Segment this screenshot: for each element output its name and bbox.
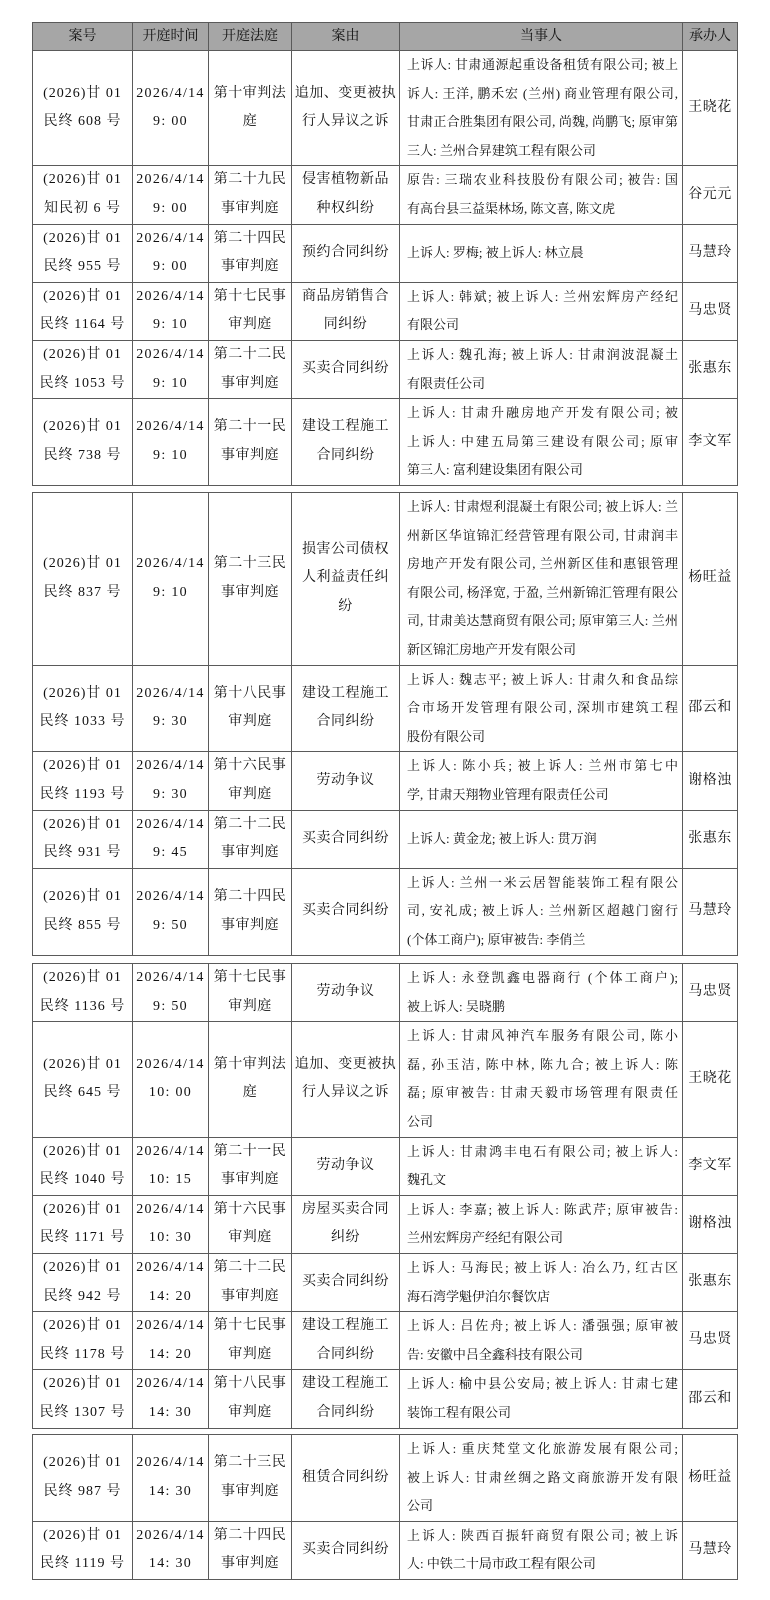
- case-number-line: (2026)甘 01: [33, 752, 132, 781]
- case-number-cell: (2026)甘 01民终 955 号: [33, 224, 133, 282]
- courtroom-line: 庭: [209, 108, 291, 137]
- cause-cell: 劳动争议: [292, 964, 400, 1022]
- parties-line: 上诉人: 甘肃煜利混凝土有限公司; 被上诉人: 兰: [407, 493, 678, 522]
- courtroom-line: 事审判庭: [209, 195, 291, 224]
- courtroom-cell: 第十审判法庭: [209, 1022, 292, 1137]
- courtroom-line: 第十七民事: [209, 283, 291, 312]
- parties-line: 有限公司: [407, 311, 678, 340]
- parties-line: 上诉人: 甘肃风神汽车服务有限公司, 陈小: [407, 1022, 678, 1051]
- hearing-date: 2026/4/14: [133, 811, 208, 840]
- hearing-clock-time: 14: 30: [133, 1550, 208, 1579]
- judge-cell: 谢格浊: [683, 1195, 738, 1253]
- courtroom-line: 第二十二民: [209, 341, 291, 370]
- hearing-clock-time: 9: 50: [133, 912, 208, 941]
- courtroom-cell: 第十审判法庭: [209, 51, 292, 166]
- parties-cell: 上诉人: 重庆梵堂文化旅游发展有限公司;被上诉人: 甘肃丝绸之路文商旅游开发有限…: [400, 1435, 683, 1522]
- case-number-line: 民终 1193 号: [33, 781, 132, 810]
- case-number-line: (2026)甘 01: [33, 341, 132, 370]
- courtroom-cell: 第十六民事审判庭: [209, 1195, 292, 1253]
- cause-line: 追加、变更被执: [292, 80, 399, 109]
- cause-line: 买卖合同纠纷: [292, 1536, 399, 1565]
- case-number-cell: (2026)甘 01民终 1171 号: [33, 1195, 133, 1253]
- parties-cell: 上诉人: 罗梅; 被上诉人: 林立晨: [400, 224, 683, 282]
- case-number-line: 民终 837 号: [33, 579, 132, 608]
- parties-cell: 上诉人: 陈小兵; 被上诉人: 兰州市第七中学, 甘肃天翔物业管理有限责任公司: [400, 752, 683, 810]
- cause-line: 纠纷: [292, 1224, 399, 1253]
- courtroom-cell: 第二十一民事审判庭: [209, 1137, 292, 1195]
- table-row: (2026)甘 01知民初 6 号 2026/4/149: 00 第二十九民事审…: [33, 166, 738, 224]
- cause-cell: 建设工程施工合同纠纷: [292, 665, 400, 752]
- case-number-line: 民终 1040 号: [33, 1166, 132, 1195]
- parties-cell: 上诉人: 兰州一米云居智能装饰工程有限公司, 安礼成; 被上诉人: 兰州新区超越…: [400, 868, 683, 955]
- courtroom-line: 第十六民事: [209, 752, 291, 781]
- parties-line: 州新区华谊锦汇经营管理有限公司, 甘肃润丰: [407, 522, 678, 551]
- parties-line: 司, 安礼成; 被上诉人: 兰州新区超越门窗行: [407, 897, 678, 926]
- courtroom-line: 审判庭: [209, 1341, 291, 1370]
- case-number-line: (2026)甘 01: [33, 1138, 132, 1167]
- cause-line: 合同纠纷: [292, 1341, 399, 1370]
- cause-cell: 买卖合同纠纷: [292, 1521, 400, 1579]
- courtroom-line: 第二十九民: [209, 166, 291, 195]
- parties-cell: 上诉人: 陕西百振轩商贸有限公司; 被上诉人: 中铁二十局市政工程有限公司: [400, 1521, 683, 1579]
- courtroom-line: 事审判庭: [209, 1550, 291, 1579]
- parties-line: 兰州宏辉房产经纪有限公司: [407, 1224, 678, 1253]
- judge-cell: 王晓花: [683, 51, 738, 166]
- parties-cell: 上诉人: 吕佐舟; 被上诉人: 潘强强; 原审被告: 安徽中吕全鑫科技有限公司: [400, 1312, 683, 1370]
- cause-line: 追加、变更被执: [292, 1051, 399, 1080]
- courtroom-line: 事审判庭: [209, 253, 291, 282]
- case-number-line: 民终 1307 号: [33, 1399, 132, 1428]
- hearing-date: 2026/4/14: [133, 80, 208, 109]
- cause-cell: 房屋买卖合同纠纷: [292, 1195, 400, 1253]
- hearing-time-cell: 2026/4/1414: 20: [133, 1312, 209, 1370]
- table-row: (2026)甘 01民终 1033 号 2026/4/149: 30 第十八民事…: [33, 665, 738, 752]
- courtroom-cell: 第二十二民事审判庭: [209, 340, 292, 398]
- parties-line: 告: 安徽中吕全鑫科技有限公司: [407, 1341, 678, 1370]
- parties-cell: 上诉人: 马海民; 被上诉人: 冶么乃, 红古区海石湾学魁伊泊尔餐饮店: [400, 1253, 683, 1311]
- parties-cell: 上诉人: 甘肃鸿丰电石有限公司; 被上诉人:魏孔文: [400, 1137, 683, 1195]
- hearing-clock-time: 14: 30: [133, 1399, 208, 1428]
- parties-cell: 原告: 三瑞农业科技股份有限公司; 被告: 国有高台县三益渠林场, 陈文喜, 陈…: [400, 166, 683, 224]
- courtroom-line: 事审判庭: [209, 1478, 291, 1507]
- parties-line: 上诉人: 榆中县公安局; 被上诉人: 甘肃七建: [407, 1370, 678, 1399]
- cause-cell: 买卖合同纠纷: [292, 1253, 400, 1311]
- courtroom-cell: 第十七民事审判庭: [209, 1312, 292, 1370]
- cause-cell: 追加、变更被执行人异议之诉: [292, 1022, 400, 1137]
- case-number-line: (2026)甘 01: [33, 811, 132, 840]
- table-header-row: 案号 开庭时间 开庭法庭 案由 当事人 承办人: [33, 23, 738, 51]
- case-number-line: (2026)甘 01: [33, 1370, 132, 1399]
- hearing-date: 2026/4/14: [133, 1051, 208, 1080]
- courtroom-line: 事审判庭: [209, 1166, 291, 1195]
- courtroom-cell: 第二十九民事审判庭: [209, 166, 292, 224]
- hearing-time-cell: 2026/4/1410: 00: [133, 1022, 209, 1137]
- hearing-date: 2026/4/14: [133, 341, 208, 370]
- cause-line: 劳动争议: [292, 767, 399, 796]
- case-number-line: 民终 987 号: [33, 1478, 132, 1507]
- cause-line: 同纠纷: [292, 311, 399, 340]
- courtroom-line: 事审判庭: [209, 839, 291, 868]
- case-number-line: 民终 1119 号: [33, 1550, 132, 1579]
- cause-cell: 商品房销售合同纠纷: [292, 282, 400, 340]
- courtroom-line: 第十七民事: [209, 964, 291, 993]
- case-number-cell: (2026)甘 01民终 1040 号: [33, 1137, 133, 1195]
- hearing-date: 2026/4/14: [133, 1449, 208, 1478]
- parties-line: (个体工商户); 原审被告: 李俏兰: [407, 926, 678, 955]
- case-number-line: 民终 645 号: [33, 1079, 132, 1108]
- parties-cell: 上诉人: 甘肃风神汽车服务有限公司, 陈小磊, 孙玉洁, 陈中林, 陈九合; 被…: [400, 1022, 683, 1137]
- parties-line: 上诉人: 马海民; 被上诉人: 冶么乃, 红古区: [407, 1254, 678, 1283]
- hearing-date: 2026/4/14: [133, 413, 208, 442]
- case-number-cell: (2026)甘 01民终 1178 号: [33, 1312, 133, 1370]
- case-number-line: (2026)甘 01: [33, 680, 132, 709]
- case-number-line: 知民初 6 号: [33, 195, 132, 224]
- parties-cell: 上诉人: 甘肃煜利混凝土有限公司; 被上诉人: 兰州新区华谊锦汇经营管理有限公司…: [400, 493, 683, 666]
- courtroom-cell: 第十七民事审判庭: [209, 282, 292, 340]
- parties-line: 上诉人: 甘肃鸿丰电石有限公司; 被上诉人:: [407, 1138, 678, 1167]
- judge-cell: 张惠东: [683, 340, 738, 398]
- parties-line: 魏孔文: [407, 1166, 678, 1195]
- case-number-line: 民终 1136 号: [33, 993, 132, 1022]
- case-number-line: (2026)甘 01: [33, 1254, 132, 1283]
- hearing-date: 2026/4/14: [133, 166, 208, 195]
- parties-line: 海石湾学魁伊泊尔餐饮店: [407, 1283, 678, 1312]
- hearing-table-page-4: (2026)甘 01民终 987 号 2026/4/1414: 30 第二十三民…: [32, 1434, 737, 1580]
- parties-line: 上诉人: 吕佐舟; 被上诉人: 潘强强; 原审被: [407, 1312, 678, 1341]
- judge-cell: 王晓花: [683, 1022, 738, 1137]
- column-header-parties: 当事人: [400, 23, 683, 51]
- parties-line: 公司: [407, 1492, 678, 1521]
- case-number-line: 民终 955 号: [33, 253, 132, 282]
- hearing-clock-time: 9: 30: [133, 781, 208, 810]
- courtroom-line: 第二十二民: [209, 811, 291, 840]
- case-number-line: (2026)甘 01: [33, 964, 132, 993]
- parties-line: 诉人: 王洋, 鹏禾宏 (兰州) 商业管理有限公司,: [407, 80, 678, 109]
- parties-line: 股份有限公司: [407, 723, 678, 752]
- hearing-time-cell: 2026/4/1410: 15: [133, 1137, 209, 1195]
- courtroom-cell: 第二十二民事审判庭: [209, 1253, 292, 1311]
- hearing-clock-time: 10: 15: [133, 1166, 208, 1195]
- table-row: (2026)甘 01民终 855 号 2026/4/149: 50 第二十四民事…: [33, 868, 738, 955]
- case-number-line: (2026)甘 01: [33, 166, 132, 195]
- courtroom-line: 事审判庭: [209, 579, 291, 608]
- hearing-clock-time: 9: 45: [133, 839, 208, 868]
- hearing-clock-time: 14: 20: [133, 1341, 208, 1370]
- column-header-cause: 案由: [292, 23, 400, 51]
- hearing-clock-time: 9: 10: [133, 579, 208, 608]
- hearing-time-cell: 2026/4/1414: 30: [133, 1521, 209, 1579]
- hearing-time-cell: 2026/4/1414: 30: [133, 1370, 209, 1428]
- hearing-date: 2026/4/14: [133, 1370, 208, 1399]
- hearing-schedule-table: (2026)甘 01民终 837 号 2026/4/149: 10 第二十三民事…: [32, 492, 738, 956]
- judge-cell: 马忠贤: [683, 282, 738, 340]
- case-number-line: (2026)甘 01: [33, 283, 132, 312]
- parties-line: 上诉人: 甘肃升融房地产开发有限公司; 被: [407, 399, 678, 428]
- cause-line: 合同纠纷: [292, 442, 399, 471]
- courtroom-cell: 第二十三民事审判庭: [209, 1435, 292, 1522]
- parties-line: 被上诉人: 吴晓鹏: [407, 993, 678, 1022]
- column-header-hearing-time: 开庭时间: [133, 23, 209, 51]
- hearing-clock-time: 9: 00: [133, 195, 208, 224]
- case-number-line: (2026)甘 01: [33, 1196, 132, 1225]
- cause-line: 建设工程施工: [292, 680, 399, 709]
- hearing-clock-time: 9: 50: [133, 993, 208, 1022]
- judge-cell: 李文军: [683, 399, 738, 486]
- hearing-date: 2026/4/14: [133, 1522, 208, 1551]
- case-number-line: (2026)甘 01: [33, 80, 132, 109]
- judge-cell: 张惠东: [683, 1253, 738, 1311]
- parties-line: 装饰工程有限公司: [407, 1399, 678, 1428]
- courtroom-line: 审判庭: [209, 1224, 291, 1253]
- judge-cell: 马慧玲: [683, 1521, 738, 1579]
- parties-line: 上诉人: 重庆梵堂文化旅游发展有限公司;: [407, 1435, 678, 1464]
- case-number-cell: (2026)甘 01民终 1053 号: [33, 340, 133, 398]
- hearing-table-page-1: 案号 开庭时间 开庭法庭 案由 当事人 承办人 (2026)甘 01民终 608…: [32, 22, 737, 486]
- courtroom-line: 第十审判法: [209, 80, 291, 109]
- cause-line: 房屋买卖合同: [292, 1196, 399, 1225]
- hearing-clock-time: 9: 10: [133, 311, 208, 340]
- case-number-cell: (2026)甘 01民终 1119 号: [33, 1521, 133, 1579]
- case-number-cell: (2026)甘 01民终 645 号: [33, 1022, 133, 1137]
- hearing-date: 2026/4/14: [133, 283, 208, 312]
- hearing-time-cell: 2026/4/149: 50: [133, 964, 209, 1022]
- judge-cell: 邵云和: [683, 1370, 738, 1428]
- judge-cell: 张惠东: [683, 810, 738, 868]
- parties-line: 上诉人: 兰州一米云居智能装饰工程有限公: [407, 869, 678, 898]
- parties-cell: 上诉人: 黄金龙; 被上诉人: 贯万润: [400, 810, 683, 868]
- parties-line: 上诉人: 永登凯鑫电器商行 (个体工商户);: [407, 964, 678, 993]
- hearing-clock-time: 9: 10: [133, 442, 208, 471]
- courtroom-cell: 第十八民事审判庭: [209, 1370, 292, 1428]
- judge-cell: 杨旺益: [683, 1435, 738, 1522]
- courtroom-line: 第十六民事: [209, 1196, 291, 1225]
- case-number-cell: (2026)甘 01民终 738 号: [33, 399, 133, 486]
- cause-cell: 买卖合同纠纷: [292, 868, 400, 955]
- courtroom-line: 审判庭: [209, 1399, 291, 1428]
- courtroom-line: 审判庭: [209, 993, 291, 1022]
- column-header-case-number: 案号: [33, 23, 133, 51]
- table-row: (2026)甘 01民终 931 号 2026/4/149: 45 第二十二民事…: [33, 810, 738, 868]
- hearing-time-cell: 2026/4/149: 00: [133, 51, 209, 166]
- cause-line: 劳动争议: [292, 978, 399, 1007]
- table-row: (2026)甘 01民终 645 号 2026/4/1410: 00 第十审判法…: [33, 1022, 738, 1137]
- parties-line: 学, 甘肃天翔物业管理有限责任公司: [407, 781, 678, 810]
- courtroom-cell: 第二十四民事审判庭: [209, 224, 292, 282]
- hearing-time-cell: 2026/4/149: 30: [133, 665, 209, 752]
- table-row: (2026)甘 01民终 1164 号 2026/4/149: 10 第十七民事…: [33, 282, 738, 340]
- parties-line: 三人: 兰州合昇建筑工程有限公司: [407, 137, 678, 166]
- parties-line: 公司: [407, 1108, 678, 1137]
- hearing-clock-time: 9: 30: [133, 708, 208, 737]
- hearing-date: 2026/4/14: [133, 964, 208, 993]
- cause-cell: 建设工程施工合同纠纷: [292, 1370, 400, 1428]
- courtroom-cell: 第十八民事审判庭: [209, 665, 292, 752]
- courtroom-cell: 第二十四民事审判庭: [209, 868, 292, 955]
- parties-line: 司, 甘肃美达慧商贸有限公司; 原审第三人: 兰州: [407, 607, 678, 636]
- case-number-cell: (2026)甘 01民终 1136 号: [33, 964, 133, 1022]
- case-number-line: 民终 1178 号: [33, 1341, 132, 1370]
- cause-line: 买卖合同纠纷: [292, 825, 399, 854]
- cause-line: 预约合同纠纷: [292, 239, 399, 268]
- cause-line: 损害公司债权: [292, 536, 399, 565]
- parties-line: 房地产开发有限公司, 兰州新区佳和惠银管理: [407, 550, 678, 579]
- parties-line: 磊, 孙玉洁, 陈中林, 陈九合; 被上诉人: 陈: [407, 1051, 678, 1080]
- parties-line: 上诉人: 罗梅; 被上诉人: 林立晨: [407, 239, 678, 268]
- case-number-cell: (2026)甘 01民终 837 号: [33, 493, 133, 666]
- case-number-cell: (2026)甘 01民终 1193 号: [33, 752, 133, 810]
- parties-cell: 上诉人: 榆中县公安局; 被上诉人: 甘肃七建装饰工程有限公司: [400, 1370, 683, 1428]
- table-row: (2026)甘 01民终 1119 号 2026/4/1414: 30 第二十四…: [33, 1521, 738, 1579]
- parties-cell: 上诉人: 甘肃通源起重设备租赁有限公司; 被上诉人: 王洋, 鹏禾宏 (兰州) …: [400, 51, 683, 166]
- courtroom-cell: 第十六民事审判庭: [209, 752, 292, 810]
- parties-line: 第三人: 富利建设集团有限公司: [407, 456, 678, 485]
- case-number-cell: (2026)甘 01民终 1307 号: [33, 1370, 133, 1428]
- courtroom-line: 事审判庭: [209, 912, 291, 941]
- cause-line: 合同纠纷: [292, 1399, 399, 1428]
- cause-line: 建设工程施工: [292, 413, 399, 442]
- cause-line: 合同纠纷: [292, 708, 399, 737]
- parties-line: 上诉人: 魏志平; 被上诉人: 甘肃久和食品综: [407, 666, 678, 695]
- parties-cell: 上诉人: 魏志平; 被上诉人: 甘肃久和食品综合市场开发管理有限公司, 深圳市建…: [400, 665, 683, 752]
- table-row: (2026)甘 01民终 1136 号 2026/4/149: 50 第十七民事…: [33, 964, 738, 1022]
- courtroom-line: 第二十一民: [209, 1138, 291, 1167]
- cause-cell: 买卖合同纠纷: [292, 810, 400, 868]
- parties-cell: 上诉人: 甘肃升融房地产开发有限公司; 被上诉人: 中建五局第三建设有限公司; …: [400, 399, 683, 486]
- courtroom-line: 事审判庭: [209, 1283, 291, 1312]
- parties-line: 有限公司, 杨泽宽, 于盈, 兰州新锦汇管理有限公: [407, 579, 678, 608]
- courtroom-line: 第二十一民: [209, 413, 291, 442]
- case-number-line: (2026)甘 01: [33, 883, 132, 912]
- case-number-line: (2026)甘 01: [33, 413, 132, 442]
- parties-line: 上诉人: 陈小兵; 被上诉人: 兰州市第七中: [407, 752, 678, 781]
- table-row: (2026)甘 01民终 1178 号 2026/4/1414: 20 第十七民…: [33, 1312, 738, 1370]
- parties-line: 合市场开发管理有限公司, 深圳市建筑工程: [407, 694, 678, 723]
- case-number-line: 民终 1053 号: [33, 370, 132, 399]
- table-row: (2026)甘 01民终 1307 号 2026/4/1414: 30 第十八民…: [33, 1370, 738, 1428]
- case-number-line: 民终 1171 号: [33, 1224, 132, 1253]
- judge-cell: 谢格浊: [683, 752, 738, 810]
- hearing-date: 2026/4/14: [133, 680, 208, 709]
- case-number-line: 民终 1164 号: [33, 311, 132, 340]
- case-number-line: (2026)甘 01: [33, 1312, 132, 1341]
- courtroom-line: 第二十二民: [209, 1254, 291, 1283]
- table-row: (2026)甘 01民终 738 号 2026/4/149: 10 第二十一民事…: [33, 399, 738, 486]
- parties-line: 被上诉人: 甘肃丝绸之路文商旅游开发有限: [407, 1464, 678, 1493]
- cause-line: 买卖合同纠纷: [292, 355, 399, 384]
- hearing-time-cell: 2026/4/1410: 30: [133, 1195, 209, 1253]
- parties-line: 磊; 原审被告: 甘肃天毅市场管理有限责任: [407, 1079, 678, 1108]
- hearing-time-cell: 2026/4/149: 00: [133, 224, 209, 282]
- case-number-line: 民终 931 号: [33, 839, 132, 868]
- table-row: (2026)甘 01民终 608 号 2026/4/149: 00 第十审判法庭…: [33, 51, 738, 166]
- courtroom-cell: 第二十一民事审判庭: [209, 399, 292, 486]
- parties-cell: 上诉人: 魏孔海; 被上诉人: 甘肃润波混凝土有限责任公司: [400, 340, 683, 398]
- courtroom-cell: 第二十三民事审判庭: [209, 493, 292, 666]
- courtroom-line: 庭: [209, 1079, 291, 1108]
- courtroom-line: 第二十四民: [209, 883, 291, 912]
- case-number-line: 民终 608 号: [33, 108, 132, 137]
- hearing-schedule-table: (2026)甘 01民终 987 号 2026/4/1414: 30 第二十三民…: [32, 1434, 738, 1580]
- case-number-cell: (2026)甘 01民终 987 号: [33, 1435, 133, 1522]
- hearing-date: 2026/4/14: [133, 752, 208, 781]
- hearing-date: 2026/4/14: [133, 1138, 208, 1167]
- parties-line: 原告: 三瑞农业科技股份有限公司; 被告: 国: [407, 166, 678, 195]
- table-row: (2026)甘 01民终 1040 号 2026/4/1410: 15 第二十一…: [33, 1137, 738, 1195]
- case-number-line: (2026)甘 01: [33, 1051, 132, 1080]
- parties-line: 甘肃正合胜集团有限公司, 尚魏, 尚鹏飞; 原审第: [407, 108, 678, 137]
- case-number-cell: (2026)甘 01知民初 6 号: [33, 166, 133, 224]
- hearing-schedule-table: (2026)甘 01民终 1136 号 2026/4/149: 50 第十七民事…: [32, 963, 738, 1429]
- hearing-clock-time: 9: 00: [133, 253, 208, 282]
- hearing-table-page-3: (2026)甘 01民终 1136 号 2026/4/149: 50 第十七民事…: [32, 963, 737, 1429]
- table-row: (2026)甘 01民终 987 号 2026/4/1414: 30 第二十三民…: [33, 1435, 738, 1522]
- case-number-cell: (2026)甘 01民终 931 号: [33, 810, 133, 868]
- hearing-time-cell: 2026/4/149: 10: [133, 493, 209, 666]
- hearing-clock-time: 14: 20: [133, 1283, 208, 1312]
- courtroom-line: 第二十三民: [209, 550, 291, 579]
- hearing-time-cell: 2026/4/1414: 30: [133, 1435, 209, 1522]
- cause-cell: 劳动争议: [292, 752, 400, 810]
- case-number-cell: (2026)甘 01民终 1164 号: [33, 282, 133, 340]
- hearing-time-cell: 2026/4/1414: 20: [133, 1253, 209, 1311]
- cause-line: 商品房销售合: [292, 283, 399, 312]
- case-number-line: 民终 942 号: [33, 1283, 132, 1312]
- case-number-cell: (2026)甘 01民终 1033 号: [33, 665, 133, 752]
- hearing-clock-time: 10: 00: [133, 1079, 208, 1108]
- parties-line: 有限责任公司: [407, 370, 678, 399]
- hearing-time-cell: 2026/4/149: 30: [133, 752, 209, 810]
- case-number-line: (2026)甘 01: [33, 225, 132, 254]
- cause-line: 种权纠纷: [292, 195, 399, 224]
- courtroom-line: 第二十三民: [209, 1449, 291, 1478]
- cause-cell: 建设工程施工合同纠纷: [292, 1312, 400, 1370]
- parties-cell: 上诉人: 李嘉; 被上诉人: 陈武芹; 原审被告:兰州宏辉房产经纪有限公司: [400, 1195, 683, 1253]
- column-header-courtroom: 开庭法庭: [209, 23, 292, 51]
- hearing-clock-time: 10: 30: [133, 1224, 208, 1253]
- cause-cell: 追加、变更被执行人异议之诉: [292, 51, 400, 166]
- cause-line: 行人异议之诉: [292, 1079, 399, 1108]
- hearing-time-cell: 2026/4/149: 10: [133, 399, 209, 486]
- table-row: (2026)甘 01民终 955 号 2026/4/149: 00 第二十四民事…: [33, 224, 738, 282]
- judge-cell: 邵云和: [683, 665, 738, 752]
- parties-line: 上诉人: 韩斌; 被上诉人: 兰州宏辉房产经纪: [407, 283, 678, 312]
- courtroom-line: 第二十四民: [209, 225, 291, 254]
- cause-line: 买卖合同纠纷: [292, 1268, 399, 1297]
- table-row: (2026)甘 01民终 1193 号 2026/4/149: 30 第十六民事…: [33, 752, 738, 810]
- judge-cell: 李文军: [683, 1137, 738, 1195]
- judge-cell: 谷元元: [683, 166, 738, 224]
- cause-cell: 预约合同纠纷: [292, 224, 400, 282]
- judge-cell: 杨旺益: [683, 493, 738, 666]
- cause-line: 建设工程施工: [292, 1312, 399, 1341]
- cause-cell: 损害公司债权人利益责任纠纷: [292, 493, 400, 666]
- courtroom-line: 第十审判法: [209, 1051, 291, 1080]
- case-number-line: 民终 1033 号: [33, 708, 132, 737]
- case-number-line: (2026)甘 01: [33, 550, 132, 579]
- hearing-date: 2026/4/14: [133, 1196, 208, 1225]
- column-header-judge: 承办人: [683, 23, 738, 51]
- cause-cell: 买卖合同纠纷: [292, 340, 400, 398]
- parties-cell: 上诉人: 永登凯鑫电器商行 (个体工商户);被上诉人: 吴晓鹏: [400, 964, 683, 1022]
- cause-line: 买卖合同纠纷: [292, 897, 399, 926]
- case-number-cell: (2026)甘 01民终 942 号: [33, 1253, 133, 1311]
- parties-line: 有高台县三益渠林场, 陈文喜, 陈文虎: [407, 195, 678, 224]
- cause-cell: 建设工程施工合同纠纷: [292, 399, 400, 486]
- hearing-clock-time: 9: 00: [133, 108, 208, 137]
- courtroom-line: 审判庭: [209, 708, 291, 737]
- courtroom-line: 审判庭: [209, 781, 291, 810]
- hearing-schedule-table: 案号 开庭时间 开庭法庭 案由 当事人 承办人 (2026)甘 01民终 608…: [32, 22, 738, 486]
